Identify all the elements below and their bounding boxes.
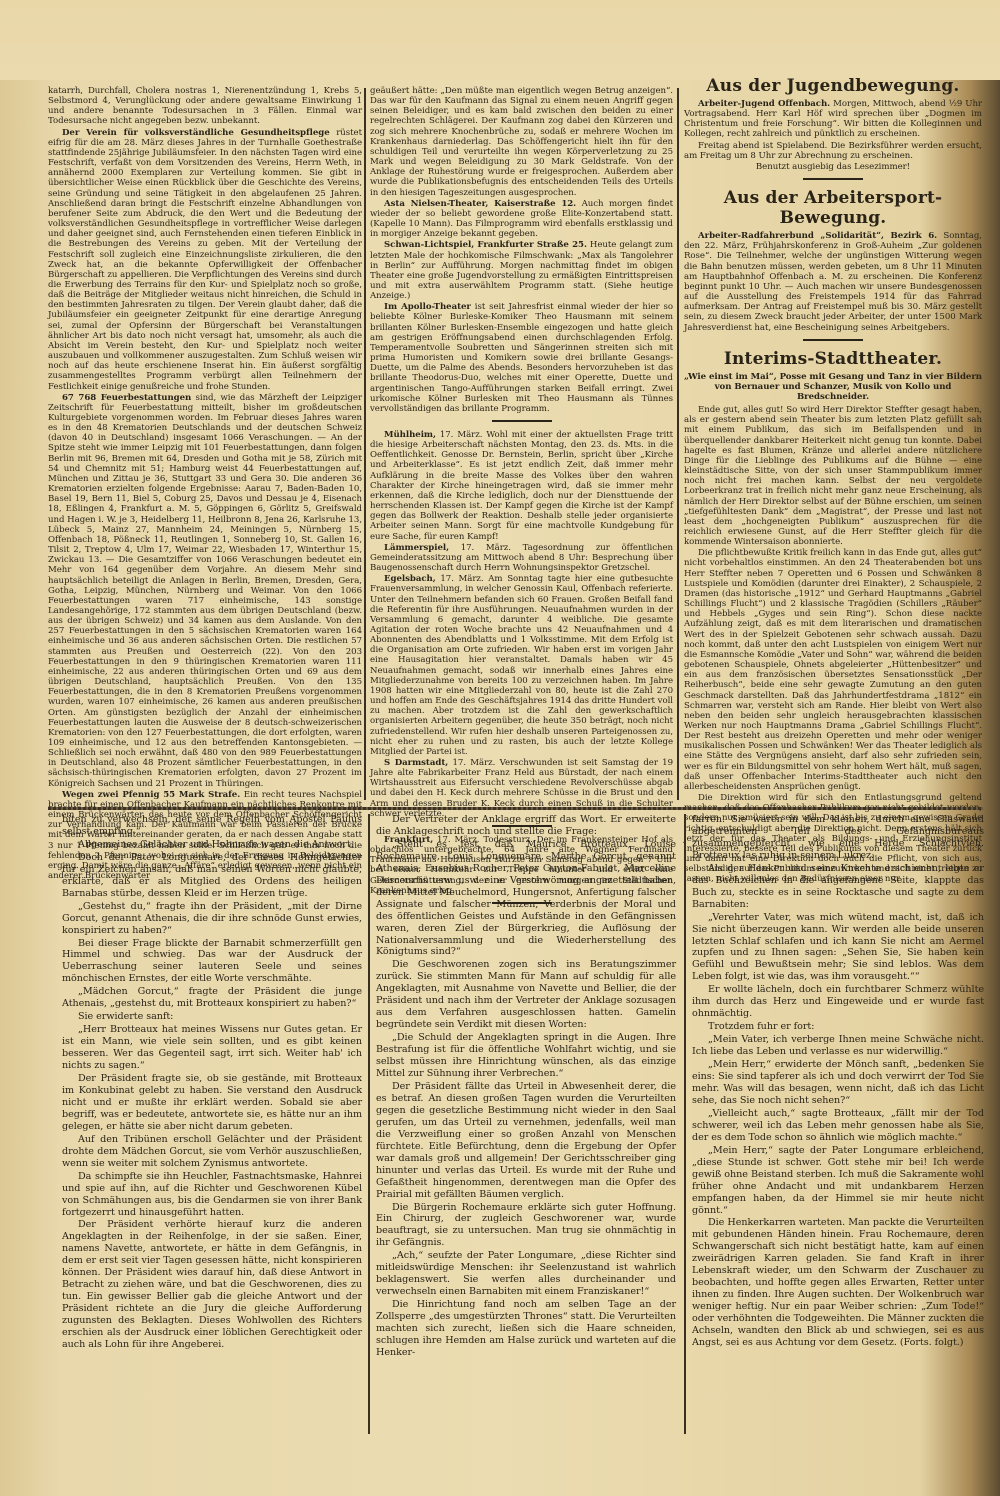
article-text: Benutzt ausgiebig das Lesezimmer! — [756, 162, 910, 172]
section-headline: Aus der Arbeitersport-Bewegung. — [684, 188, 982, 228]
article-paragraph: Allgemeines Gelächter und Hohnrufe waren… — [62, 839, 362, 851]
article-text: Auf den Tribünen erscholl Gelächter und … — [62, 1134, 362, 1169]
feuilleton-column-2: Der Vertreter der Anklage ergriff das Wo… — [376, 814, 676, 1360]
article-text: Sie erwiderte sanft: — [78, 1011, 173, 1022]
article-paragraph: katarrh, Durchfall, Cholera nostras 1, N… — [48, 86, 362, 127]
article-paragraph: „Verehrter Vater, was mich wütend macht,… — [692, 912, 984, 984]
article-paragraph: Der Präsident fällte das Urteil in Abwes… — [376, 1081, 676, 1201]
article-paragraph: Schwan-Lichtspiel, Frankfurter Straße 25… — [370, 240, 673, 301]
article-paragraph: „Herr Brotteaux hat meines Wissens nur G… — [62, 1024, 362, 1072]
article-text: „Mein Herr,“ erwiderte der Mönch sanft, … — [692, 1059, 984, 1106]
section-divider — [803, 178, 863, 180]
article-text: „Verehrter Vater, was mich wütend macht,… — [692, 912, 984, 983]
article-lead: Arbeiter-Jugend Offenbach. — [698, 99, 830, 109]
article-paragraph: „Vielleicht auch,“ sagte Brotteaux, „fäl… — [692, 1108, 984, 1144]
article-lead: Asta Nielsen-Theater, Kaiserstraße 12. — [384, 199, 576, 209]
article-text: Die Henkerkarren warteten. Man packte di… — [692, 1217, 984, 1348]
article-lead: Lämmerspiel, — [384, 543, 449, 553]
section-headline: Aus der Jugendbewegung. — [684, 76, 982, 96]
play-subtitle: „Wie einst im Mai“, Posse mit Gesang und… — [684, 372, 982, 402]
article-lead: S Darmstadt, — [384, 758, 448, 768]
article-text: Der Präsident verhörte hierauf kurz die … — [62, 1219, 362, 1350]
article-paragraph: 67 768 Feuerbestattungen sind, wie das M… — [48, 393, 362, 789]
feuilleton-divider — [48, 807, 983, 810]
article-paragraph: Doch der Pater Longuemare, der dieses Ho… — [62, 852, 362, 900]
article-text: Allgemeines Gelächter und Hohnrufe waren… — [78, 839, 354, 850]
newspaper-page: katarrh, Durchfall, Cholera nostras 1, N… — [0, 0, 1000, 1496]
article-lead: Egelsbach, — [384, 574, 436, 584]
article-paragraph: Trotzdem fuhr er fort: — [692, 1021, 984, 1033]
column-rule-2 — [677, 88, 679, 800]
article-paragraph: Arbeiter-Radfahrerbund „Solidarität“, Be… — [684, 231, 982, 333]
article-paragraph: Der Verein für volksverständliche Gesund… — [48, 128, 362, 392]
article-lead: Im Apollo-Theater — [384, 302, 471, 312]
article-text: Die Bürgerin Rochemaure erklärte sich gu… — [376, 1202, 676, 1249]
upper-column-3: Aus der Jugendbewegung.Arbeiter-Jugend O… — [684, 74, 982, 885]
article-paragraph: Asta Nielsen-Theater, Kaiserstraße 12. A… — [370, 199, 673, 240]
article-paragraph: Arbeiter-Jugend Offenbach. Morgen, Mittw… — [684, 99, 982, 140]
article-text: katarrh, Durchfall, Cholera nostras 1, N… — [48, 86, 362, 126]
article-text: 17. März. Wohl mit einer der aktuellsten… — [370, 430, 673, 542]
feuilleton-column-3: farren. Sie waren in dem kleinen, durch … — [692, 814, 984, 1350]
article-lead: Wegen zwei Pfennig 55 Mark Strafe. — [62, 790, 240, 800]
article-paragraph: „Die Schuld der Angeklagten springt in d… — [376, 1032, 676, 1080]
article-paragraph: Die Bürgerin Rochemaure erklärte sich gu… — [376, 1202, 676, 1250]
article-text: „Die Schuld der Angeklagten springt in d… — [376, 1032, 676, 1079]
article-paragraph: geäußert hätte: „Den müßte man eigentlic… — [370, 86, 673, 198]
feuilleton-rule-1 — [368, 814, 370, 1434]
article-text: Bei dieser Frage blickte der Barnabit sc… — [62, 938, 362, 985]
article-text: „Ach,“ seufzte der Pater Longumare, „die… — [376, 1250, 676, 1297]
page-top-margin — [0, 0, 1000, 80]
article-text: rüstet eifrig für die am 28. März dieses… — [48, 128, 362, 392]
article-lead: Schwan-Lichtspiel, Frankfurter Straße 25… — [384, 240, 587, 250]
article-text: Er wollte lächeln, doch ein furchtbarer … — [692, 984, 984, 1019]
feuilleton-rule-2 — [684, 814, 686, 1434]
article-text: ist seit Jahresfrist einmal wieder der h… — [370, 302, 673, 414]
article-lead: Der Verein für volksverständliche Gesund… — [62, 128, 330, 138]
article-text: 17. März. Am Sonntag tagte hier eine gut… — [370, 574, 673, 757]
article-text: Der Präsident fragte sie, ob sie geständ… — [62, 1073, 362, 1132]
article-paragraph: Freitag abend ist Spielabend. Die Bezirk… — [684, 141, 982, 161]
article-paragraph: „Mein Vater, ich verberge Ihnen meine Sc… — [692, 1034, 984, 1058]
article-paragraph: Da schimpfte sie ihn Heuchler, Fastnacht… — [62, 1171, 362, 1219]
article-text: „Steht es fest, daß Maurice Brotteaux, L… — [376, 839, 676, 958]
feuilleton-column-1: biten zu verwechseln, der seine Regeln v… — [62, 814, 362, 1352]
article-paragraph: „Mein Herr,“ sagte der Pater Longumare e… — [692, 1145, 984, 1217]
article-paragraph: Er wollte lächeln, doch ein furchtbarer … — [692, 984, 984, 1020]
article-text: Trotzdem fuhr er fort: — [708, 1021, 814, 1032]
article-paragraph: „Steht es fest, daß Maurice Brotteaux, L… — [376, 839, 676, 959]
section-divider — [492, 420, 552, 422]
article-text: Die pflichtbewußte Kritik freilich kann … — [684, 548, 982, 792]
article-paragraph: Sie erwiderte sanft: — [62, 1011, 362, 1023]
article-paragraph: farren. Sie waren in dem kleinen, durch … — [692, 814, 984, 862]
article-paragraph: Im Apollo-Theater ist seit Jahresfrist e… — [370, 302, 673, 414]
article-paragraph: Die Hinrichtung fand noch am selben Tage… — [376, 1299, 676, 1359]
article-text: „Mein Herr,“ sagte der Pater Longumare e… — [692, 1145, 984, 1216]
article-text: Der Vertreter der Anklage ergriff das Wo… — [376, 814, 676, 837]
article-text: Der Präsident fällte das Urteil in Abwes… — [376, 1081, 676, 1200]
article-paragraph: Als der Henker und seine Knechte erschie… — [692, 863, 984, 911]
article-text: Doch der Pater Longuemare, der dieses Ho… — [62, 852, 362, 899]
article-paragraph: Die Henkerkarren warteten. Man packte di… — [692, 1217, 984, 1348]
article-text: „Mein Vater, ich verberge Ihnen meine Sc… — [692, 1034, 984, 1057]
article-text: geäußert hätte: „Den müßte man eigentlic… — [370, 86, 673, 198]
article-paragraph: Der Präsident fragte sie, ob sie geständ… — [62, 1073, 362, 1133]
section-headline: Interims-Stadttheater. — [684, 349, 982, 369]
article-paragraph: „Gestehst du,“ fragte ihn der Präsident,… — [62, 901, 362, 937]
section-divider — [803, 339, 863, 341]
article-text: Die Hinrichtung fand noch am selben Tage… — [376, 1299, 676, 1358]
article-paragraph: Die Geschworenen zogen sich ins Beratung… — [376, 959, 676, 1031]
article-text: Die Geschworenen zogen sich ins Beratung… — [376, 959, 676, 1030]
article-text: „Mädchen Gorcut,“ fragte der Präsident d… — [62, 986, 362, 1009]
article-text: Sonntag, den 22. März, Frühjahrskonferen… — [684, 231, 982, 332]
article-text: Freitag abend ist Spielabend. Die Bezirk… — [684, 141, 982, 161]
upper-column-1: katarrh, Durchfall, Cholera nostras 1, N… — [48, 86, 362, 882]
article-lead: Arbeiter-Radfahrerbund „Solidarität“, Be… — [698, 231, 937, 241]
article-paragraph: Mühlheim, 17. März. Wohl mit einer der a… — [370, 430, 673, 542]
article-paragraph: Die pflichtbewußte Kritik freilich kann … — [684, 548, 982, 792]
article-paragraph: „Mädchen Gorcut,“ fragte der Präsident d… — [62, 986, 362, 1010]
article-text: sind, wie das Märzheft der Leipziger Zei… — [48, 393, 362, 789]
article-paragraph: Der Präsident verhörte hierauf kurz die … — [62, 1219, 362, 1350]
column-rule-1 — [364, 88, 366, 800]
article-text: Als der Henker und seine Knechte erschie… — [692, 863, 984, 910]
article-text: „Herr Brotteaux hat meines Wissens nur G… — [62, 1024, 362, 1071]
article-text: „Vielleicht auch,“ sagte Brotteaux, „fäl… — [692, 1108, 984, 1143]
article-paragraph: Egelsbach, 17. März. Am Sonntag tagte hi… — [370, 574, 673, 757]
article-text: Da schimpfte sie ihn Heuchler, Fastnacht… — [62, 1171, 362, 1218]
article-paragraph: „Mein Herr,“ erwiderte der Mönch sanft, … — [692, 1059, 984, 1107]
article-text: Ende gut, alles gut! So wird Herr Direkt… — [684, 405, 982, 547]
article-lead: 67 768 Feuerbestattungen — [62, 393, 191, 403]
article-paragraph: Lämmerspiel, 17. März. Tagesordnung zur … — [370, 543, 673, 573]
article-paragraph: „Ach,“ seufzte der Pater Longumare, „die… — [376, 1250, 676, 1298]
article-text: farren. Sie waren in dem kleinen, durch … — [692, 814, 984, 861]
upper-column-2: geäußert hätte: „Den müßte man eigentlic… — [370, 86, 673, 912]
article-text: biten zu verwechseln, der seine Regeln v… — [62, 814, 362, 837]
article-paragraph: Auf den Tribünen erscholl Gelächter und … — [62, 1134, 362, 1170]
article-paragraph: biten zu verwechseln, der seine Regeln v… — [62, 814, 362, 838]
article-paragraph: Der Vertreter der Anklage ergriff das Wo… — [376, 814, 676, 838]
article-text: „Gestehst du,“ fragte ihn der Präsident,… — [62, 901, 362, 936]
article-lead: Mühlheim, — [384, 430, 436, 440]
article-paragraph: Benutzt ausgiebig das Lesezimmer! — [684, 162, 982, 172]
article-paragraph: Bei dieser Frage blickte der Barnabit sc… — [62, 938, 362, 986]
article-paragraph: Ende gut, alles gut! So wird Herr Direkt… — [684, 405, 982, 547]
